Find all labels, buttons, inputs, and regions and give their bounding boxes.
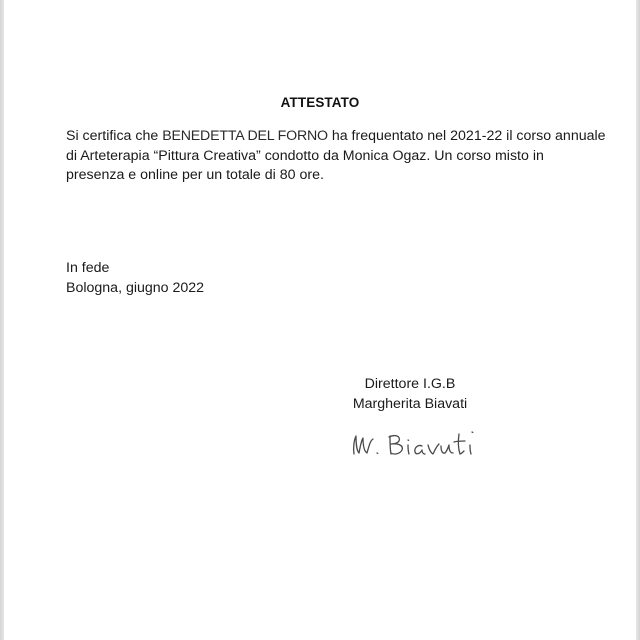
body-line-1: Si certifica che BENEDETTA DEL FORNO ha …: [66, 127, 576, 147]
place-date: Bologna, giugno 2022: [66, 279, 204, 299]
student-name: BENEDETTA DEL FORNO: [162, 128, 328, 144]
closing-block: In fede Bologna, giugno 2022: [66, 259, 204, 298]
signatory-role: Direttore I.G.B: [340, 375, 480, 395]
document-title: ATTESTATO: [0, 95, 640, 110]
body-line-1-prefix: Si certifica che: [66, 128, 162, 144]
salutation: In fede: [66, 259, 204, 279]
body-line-1-suffix: ha frequentato nel 2021-22 il corso annu…: [328, 128, 606, 144]
signatory-block: Direttore I.G.B Margherita Biavati: [340, 375, 480, 414]
handwritten-signature-icon: [348, 424, 498, 464]
certificate-body: Si certifica che BENEDETTA DEL FORNO ha …: [66, 127, 576, 186]
body-line-2: di Arteterapia “Pittura Creativa” condot…: [66, 147, 576, 167]
signatory-name: Margherita Biavati: [340, 395, 480, 415]
body-line-3: presenza e online per un totale di 80 or…: [66, 166, 576, 186]
certificate-page: ATTESTATO Si certifica che BENEDETTA DEL…: [0, 0, 640, 640]
signature-graphic: [348, 424, 498, 464]
